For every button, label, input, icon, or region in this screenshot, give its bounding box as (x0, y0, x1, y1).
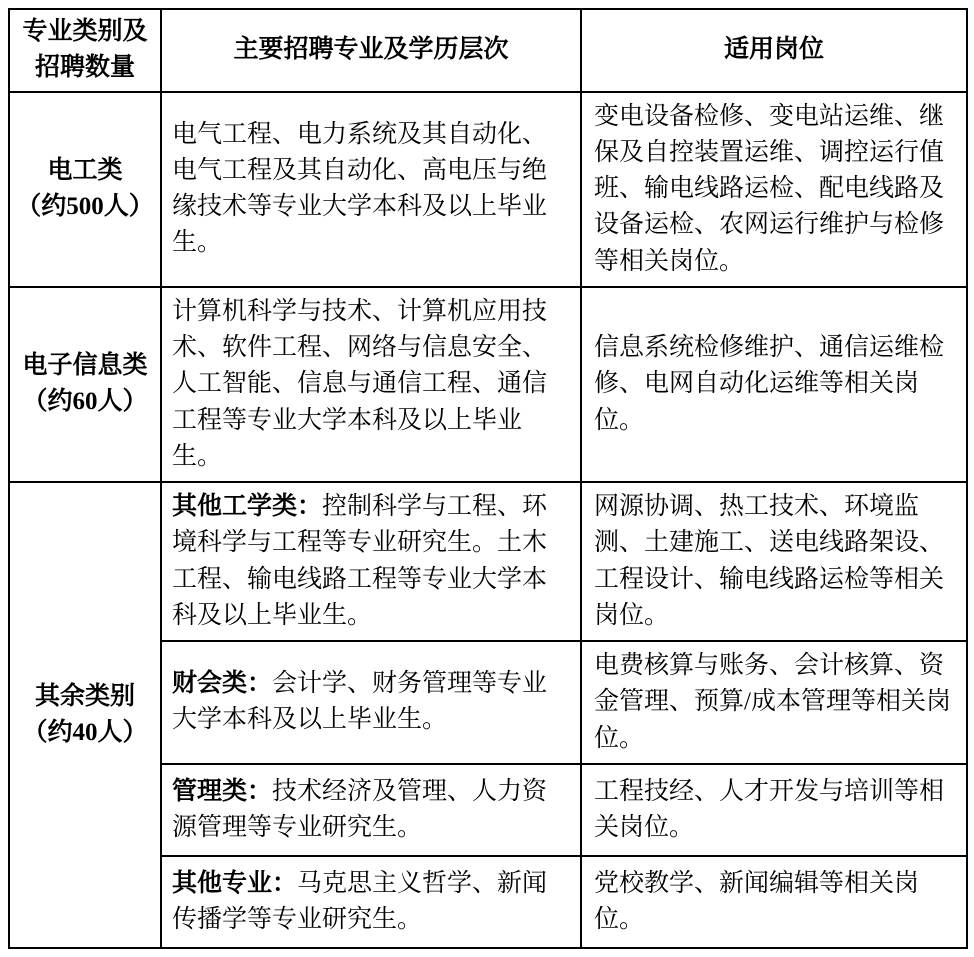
header-category: 专业类别及 招聘数量 (9, 9, 161, 92)
category-cell-electrical: 电工类 （约500人） (9, 92, 161, 287)
majors-cell-finance-accounting: 财会类：会计学、财务管理等专业大学本科及以上毕业生。 (161, 641, 581, 764)
category-cell-remaining: 其余类别 （约40人） (9, 482, 161, 948)
positions-cell-other-engineering: 网源协调、热工技术、环境监测、土建施工、送电线路架设、工程设计、输电线路运检等相… (581, 482, 967, 641)
majors-lead: 其他专业： (172, 870, 297, 897)
header-majors: 主要招聘专业及学历层次 (161, 9, 581, 92)
positions-cell-electrical: 变电设备检修、变电站运维、继保及自控装置运维、调控运行值班、输电线路运检、配电线… (581, 92, 967, 287)
majors-lead: 其他工学类： (172, 493, 322, 520)
table-row-other-engineering: 其余类别 （约40人） 其他工学类：控制科学与工程、环境科学与工程等专业研究生。… (9, 482, 967, 641)
majors-cell-other-majors: 其他专业：马克思主义哲学、新闻传播学等专业研究生。 (161, 856, 581, 948)
page: 专业类别及 招聘数量 主要招聘专业及学历层次 适用岗位 电工类 （约500人） … (0, 0, 974, 957)
majors-text: 电气工程、电力系统及其自动化、电气工程及其自动化、高电压与绝缘技术等专业大学本科… (172, 121, 547, 257)
positions-cell-other-majors: 党校教学、新闻编辑等相关岗位。 (581, 856, 967, 948)
positions-cell-electronic-info: 信息系统检修维护、通信运维检修、电网自动化运维等相关岗位。 (581, 287, 967, 482)
positions-cell-finance-accounting: 电费核算与账务、会计核算、资金管理、预算/成本管理等相关岗位。 (581, 641, 967, 764)
majors-lead: 管理类： (172, 778, 272, 805)
header-row: 专业类别及 招聘数量 主要招聘专业及学历层次 适用岗位 (9, 9, 967, 92)
majors-cell-electronic-info: 计算机科学与技术、计算机应用技术、软件工程、网络与信息安全、人工智能、信息与通信… (161, 287, 581, 482)
table-row-electrical: 电工类 （约500人） 电气工程、电力系统及其自动化、电气工程及其自动化、高电压… (9, 92, 967, 287)
header-positions: 适用岗位 (581, 9, 967, 92)
positions-cell-management: 工程技经、人才开发与培训等相关岗位。 (581, 764, 967, 856)
table-row-electronic-info: 电子信息类 （约60人） 计算机科学与技术、计算机应用技术、软件工程、网络与信息… (9, 287, 967, 482)
majors-text: 计算机科学与技术、计算机应用技术、软件工程、网络与信息安全、人工智能、信息与通信… (172, 298, 547, 470)
majors-cell-electrical: 电气工程、电力系统及其自动化、电气工程及其自动化、高电压与绝缘技术等专业大学本科… (161, 92, 581, 287)
majors-cell-other-engineering: 其他工学类：控制科学与工程、环境科学与工程等专业研究生。土木工程、输电线路工程等… (161, 482, 581, 641)
majors-lead: 财会类： (172, 670, 272, 697)
recruitment-table: 专业类别及 招聘数量 主要招聘专业及学历层次 适用岗位 电工类 （约500人） … (8, 8, 968, 949)
majors-cell-management: 管理类：技术经济及管理、人力资源管理等专业研究生。 (161, 764, 581, 856)
category-cell-electronic-info: 电子信息类 （约60人） (9, 287, 161, 482)
